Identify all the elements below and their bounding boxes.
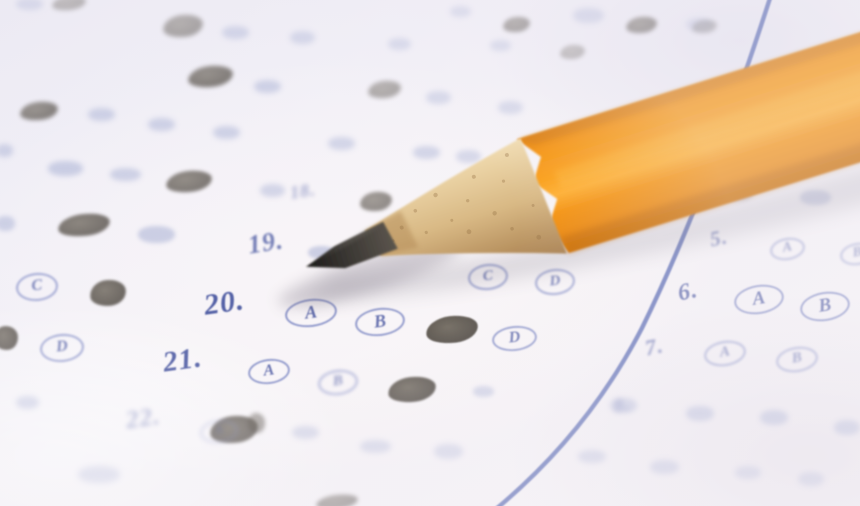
bubble-letter: A	[304, 302, 318, 321]
bubble-letter: B	[852, 245, 860, 260]
filled-answer-mark	[187, 63, 234, 89]
filled-answer-mark	[19, 100, 59, 122]
faint-empty-bubble	[490, 40, 511, 51]
answer-bubble-a: A	[247, 357, 292, 387]
faint-empty-bubble	[16, 0, 43, 10]
answer-bubble-d: D	[39, 332, 85, 364]
faint-empty-bubble	[578, 450, 606, 463]
faint-empty-bubble	[0, 144, 13, 157]
faint-empty-bubble	[473, 386, 494, 397]
faint-empty-bubble	[308, 246, 335, 259]
bubble-letter: C	[482, 268, 494, 284]
bubble-letter: A	[782, 240, 794, 255]
faint-empty-bubble	[413, 146, 440, 159]
question-number-label: 20.	[202, 285, 246, 320]
faint-empty-bubble	[48, 161, 83, 176]
answer-bubble-b: B	[838, 240, 860, 268]
sheet-marks-layer: 18.19.20.21.22.5.6.7.8.CDABDABAABABABCD	[0, 0, 860, 506]
answer-bubble-a: A	[768, 235, 806, 263]
question-number-label: 6.	[676, 278, 700, 305]
faint-empty-bubble	[650, 460, 679, 474]
answer-bubble-d: D	[491, 324, 538, 354]
filled-answer-mark	[315, 492, 358, 506]
answer-bubble-d: D	[534, 267, 576, 297]
filled-answer-mark	[89, 278, 128, 308]
question-number-label: 22.	[124, 404, 161, 434]
filled-answer-mark	[165, 168, 213, 194]
faint-empty-bubble	[328, 137, 355, 150]
faint-empty-bubble	[798, 472, 824, 486]
bubble-letter: A	[751, 288, 767, 309]
answer-bubble-c: C	[15, 271, 59, 303]
answer-bubble-b: B	[353, 305, 406, 339]
bubble-letter: A	[263, 362, 276, 379]
filled-answer-mark	[51, 0, 86, 12]
faint-empty-bubble	[290, 31, 315, 44]
faint-empty-bubble	[110, 168, 141, 181]
filled-answer-mark	[57, 211, 111, 239]
bubble-letter: D	[55, 339, 68, 356]
bubble-letter: B	[791, 350, 803, 366]
faint-empty-bubble	[800, 190, 831, 205]
faint-empty-bubble	[722, 186, 753, 201]
filled-answer-mark	[367, 79, 402, 100]
question-number-label: 7.	[643, 334, 665, 359]
faint-empty-bubble	[16, 396, 39, 409]
answer-bubble-a: A	[283, 296, 338, 330]
question-number-label: 21.	[161, 343, 204, 377]
faint-empty-bubble	[88, 108, 115, 121]
faint-empty-bubble	[834, 420, 860, 435]
bubble-letter: D	[549, 273, 561, 289]
faint-empty-bubble	[456, 150, 481, 163]
faint-empty-bubble	[434, 444, 463, 459]
filled-answer-mark	[625, 15, 658, 35]
filled-answer-mark	[0, 325, 19, 352]
faint-empty-bubble	[292, 426, 319, 439]
answer-bubble-a: A	[732, 281, 786, 317]
question-number-label: 18.	[289, 180, 317, 201]
bubble-letter: A	[213, 423, 224, 438]
faint-empty-bubble	[573, 8, 604, 23]
paper-sheet: 18.19.20.21.22.5.6.7.8.CDABDABAABABABCD	[0, 0, 860, 506]
faint-empty-bubble	[686, 406, 714, 421]
answer-bubble-a: A	[702, 338, 747, 369]
bubble-letter: B	[817, 295, 833, 316]
faint-empty-bubble	[254, 80, 281, 93]
filled-answer-mark	[359, 190, 393, 213]
faint-empty-bubble	[260, 184, 285, 197]
faint-empty-bubble	[78, 466, 120, 483]
faint-empty-bubble	[148, 118, 175, 131]
faint-empty-bubble	[222, 26, 249, 39]
bubble-letter: B	[373, 311, 387, 330]
answer-sheet-photo: 18.19.20.21.22.5.6.7.8.CDABDABAABABABCD	[0, 0, 860, 506]
bubble-letter: C	[31, 278, 43, 295]
faint-empty-bubble	[213, 126, 240, 139]
faint-empty-bubble	[426, 91, 451, 104]
faint-empty-bubble	[735, 466, 761, 479]
question-number-label: 5.	[708, 226, 729, 250]
bubble-letter: B	[332, 373, 344, 389]
answer-bubble-b: B	[798, 288, 852, 324]
faint-empty-bubble	[0, 216, 15, 231]
answer-bubble-c: C	[467, 262, 509, 292]
faint-empty-bubble	[498, 101, 523, 114]
question-number-label: 19.	[246, 227, 285, 258]
filled-answer-mark	[387, 374, 438, 405]
bubble-letter: A	[719, 344, 731, 360]
bubble-letter: D	[508, 329, 521, 346]
filled-answer-mark	[559, 44, 586, 61]
faint-empty-bubble	[388, 38, 411, 50]
faint-empty-bubble	[450, 6, 471, 17]
faint-empty-bubble	[760, 410, 788, 425]
filled-answer-mark	[425, 313, 480, 346]
faint-empty-bubble	[360, 440, 391, 453]
filled-answer-mark	[502, 15, 531, 33]
question-number-label: 8.	[612, 395, 632, 417]
faint-empty-bubble	[138, 226, 175, 243]
answer-bubble-b: B	[317, 368, 360, 398]
answer-bubble-b: B	[774, 344, 819, 375]
filled-answer-mark	[162, 13, 204, 40]
